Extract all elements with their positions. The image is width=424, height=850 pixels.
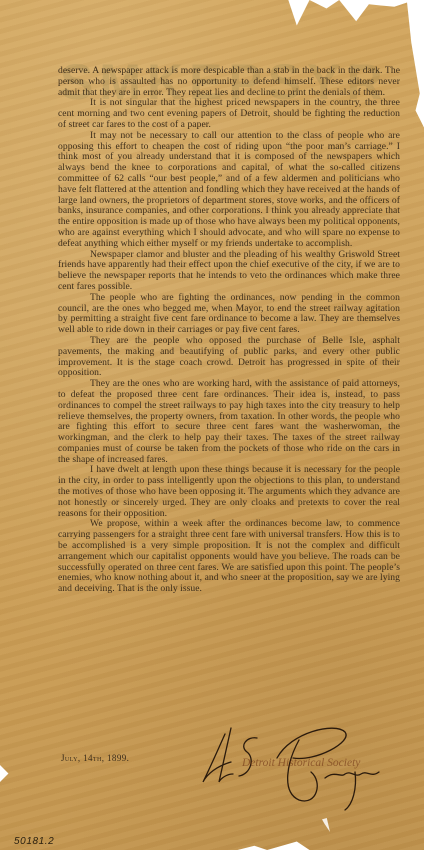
letter-body: deserve. A newspaper attack is more desp… (58, 66, 400, 595)
paragraph: Newspaper clamor and bluster and the ple… (58, 250, 400, 293)
paragraph: We propose, within a week after the ordi… (58, 519, 400, 595)
paragraph: The people who are fighting the ordinanc… (58, 293, 400, 336)
paragraph: deserve. A newspaper attack is more desp… (58, 66, 400, 98)
paragraph: They are the ones who are working hard, … (58, 379, 400, 465)
paragraph: It is not singular that the highest pric… (58, 98, 400, 130)
paragraph: It may not be necessary to call our atte… (58, 131, 400, 250)
watermark-detroit-historical-society: Detroit Historical Society (242, 757, 360, 769)
paragraph: They are the people who opposed the purc… (58, 336, 400, 379)
paragraph: I have dwelt at length upon these things… (58, 465, 400, 519)
letter-date: July, 14th, 1899. (61, 753, 129, 763)
catalog-number: 50181.2 (14, 836, 54, 847)
